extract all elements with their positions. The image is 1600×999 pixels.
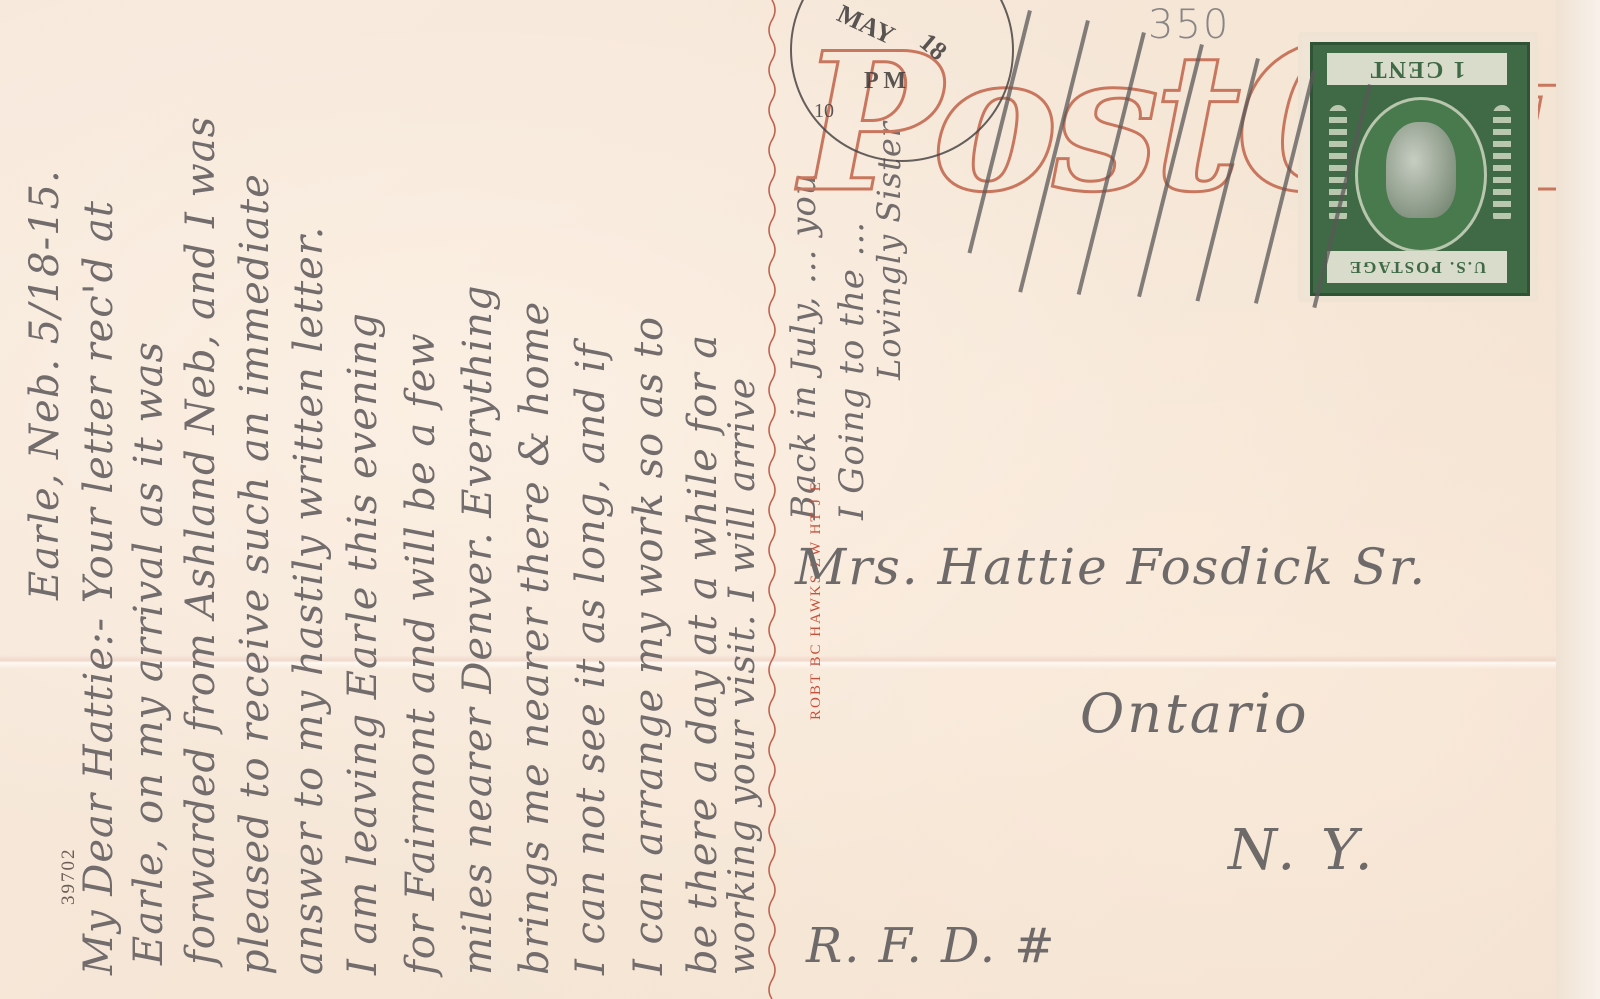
message-line: working your visit. I will arrive bbox=[722, 377, 763, 975]
message-line: answer to my hastily written letter. bbox=[286, 226, 332, 975]
stamp-portrait-oval bbox=[1355, 97, 1487, 253]
postmark-month: MAY bbox=[832, 0, 899, 51]
scan-edge bbox=[1556, 0, 1600, 999]
postmark-time: P M bbox=[864, 68, 906, 95]
message-line: Earle, on my arrival as it was bbox=[126, 341, 172, 965]
postmark-hour: 10 bbox=[814, 100, 834, 123]
stamp-face: 1 CENT U.S. POSTAGE bbox=[1310, 42, 1530, 296]
message-line: I can arrange my work so as to bbox=[626, 316, 672, 975]
printer-imprint: ROBT BC HAWKS ZW HT J E bbox=[808, 480, 825, 720]
message-line: pleased to receive such an immediate bbox=[232, 173, 278, 975]
address-route: R. F. D. # bbox=[806, 918, 1057, 974]
serial-number: 39702 bbox=[58, 848, 80, 906]
address-state: N. Y. bbox=[1228, 818, 1377, 883]
postage-stamp: 1 CENT U.S. POSTAGE bbox=[1298, 32, 1538, 302]
message-line: I Going to the ... bbox=[832, 221, 872, 520]
message-dateline: Earle, Neb. 5/18-15. bbox=[22, 169, 68, 600]
message-line: forwarded from Ashland Neb, and I was bbox=[178, 116, 224, 965]
message-line: be there a day at a while for a bbox=[680, 334, 726, 975]
message-line: for Fairmont and will be a few bbox=[398, 332, 444, 975]
message-line: miles nearer Denver. Everything bbox=[455, 285, 501, 975]
address-city: Ontario bbox=[1080, 682, 1310, 745]
stamp-denomination: 1 CENT bbox=[1327, 53, 1507, 85]
message-line: My Dear Hattie:- Your letter rec'd at bbox=[76, 200, 122, 975]
message-line: brings me nearer there & home bbox=[512, 301, 558, 975]
postmark-day: 18 bbox=[913, 27, 952, 67]
stamp-postage-label: U.S. POSTAGE bbox=[1327, 251, 1507, 283]
corner-note: 350 bbox=[1148, 2, 1230, 48]
stamp-laurel-right bbox=[1493, 105, 1511, 225]
postcard-back: Earle, Neb. 5/18-15. My Dear Hattie:- Yo… bbox=[0, 0, 1568, 999]
address-recipient: Mrs. Hattie Fosdick Sr. bbox=[795, 538, 1427, 596]
divider-line bbox=[764, 0, 780, 999]
portrait-icon bbox=[1386, 122, 1456, 218]
message-line: I can not see it as long, and if bbox=[568, 343, 614, 975]
message-line: I am leaving Earle this evening bbox=[340, 312, 386, 975]
